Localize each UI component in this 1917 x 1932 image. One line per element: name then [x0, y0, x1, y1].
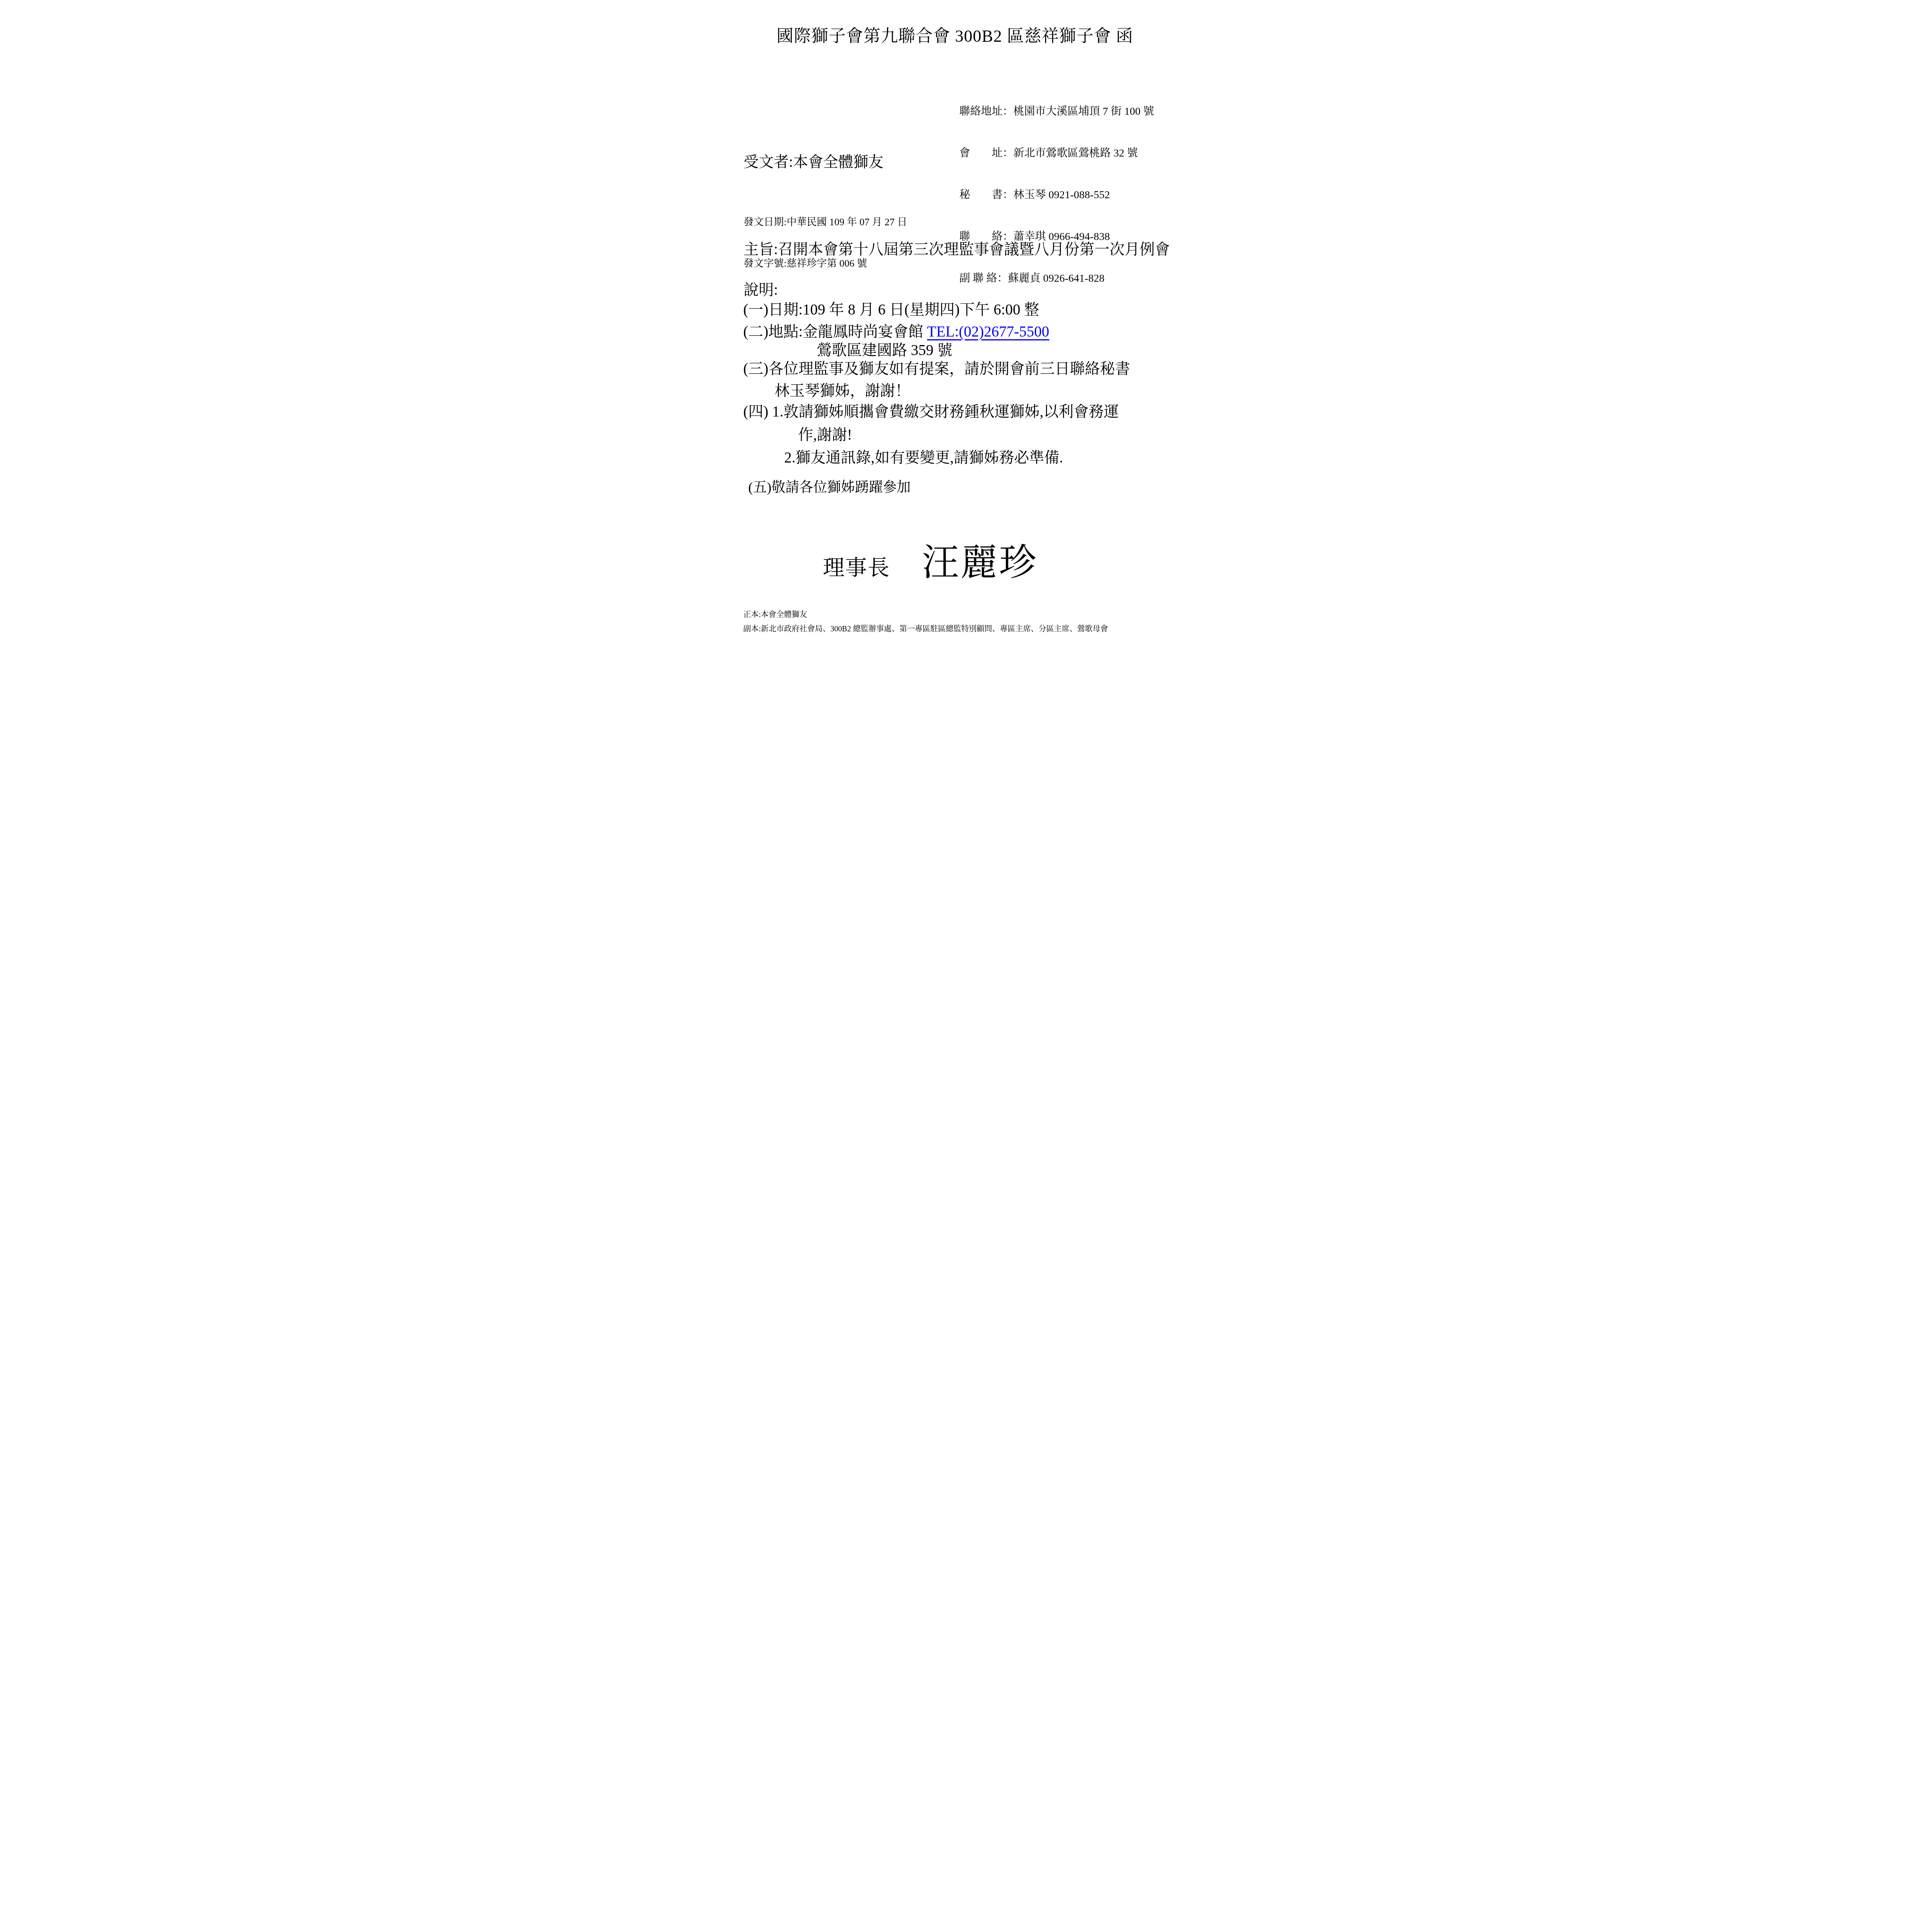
venue-text: (二)地點:金龍鳳時尚宴會館 — [743, 323, 927, 340]
explanation-item2-venue: (二)地點:金龍鳳時尚宴會館 TEL:(02)2677-5500 — [743, 323, 1049, 342]
secretary-line: 秘 書：林玉琴 0921-088-552 — [959, 188, 1154, 202]
footer-original-line: 正本:本會全體獅友 — [743, 610, 807, 620]
signature-name: 汪麗珍 — [922, 542, 1038, 583]
venue-phone-link[interactable]: TEL:(02)2677-5500 — [927, 323, 1049, 340]
recipient-line: 受文者:本會全體獅友 — [744, 153, 884, 172]
explanation-heading: 說明: — [744, 281, 778, 300]
contact-info-block: 聯絡地址：桃園市大溪區埔頂 7 街 100 號 會 址：新北市鶯歌區鶯桃路 32… — [959, 77, 1154, 313]
explanation-item4-sub2: 2.獅友通訊錄,如有要變更,請獅姊務必準備. — [784, 449, 1063, 468]
issue-date-line: 發文日期:中華民國 109 年 07 月 27 日 — [744, 214, 907, 230]
signature-role: 理事長 — [823, 556, 890, 580]
subject-line: 主旨:召開本會第十八屆第三次理監事會議暨八月份第一次月例會 — [744, 240, 1170, 259]
explanation-item4-sub1-line2: 作,謝謝! — [798, 426, 852, 445]
explanation-item3-line2: 林玉琴獅姊，謝謝！ — [775, 382, 910, 401]
explanation-item3-line1: (三)各位理監事及獅友如有提案，請於開會前三日聯絡秘書 — [743, 360, 1130, 379]
letter-document-page: 國際獅子會第九聯合會 300B2 區慈祥獅子會 函 聯絡地址：桃園市大溪區埔頂 … — [719, 0, 1198, 678]
deputy-liaison-line: 副 聯 絡：蘇麗貞 0926-641-828 — [959, 271, 1154, 286]
club-address-line: 會 址：新北市鶯歌區鶯桃路 32 號 — [959, 146, 1154, 161]
footer-copy-line: 副本:新北市政府社會局、300B2 總監辦事處、第一專區駐區總監特別顧問、專區主… — [743, 624, 1108, 634]
document-title: 國際獅子會第九聯合會 300B2 區慈祥獅子會 函 — [776, 26, 1133, 47]
contact-address-line: 聯絡地址：桃園市大溪區埔頂 7 街 100 號 — [959, 104, 1154, 119]
explanation-item1-date: (一)日期:109 年 8 月 6 日(星期四)下午 6:00 整 — [743, 301, 1039, 320]
explanation-item5: (五)敬請各位獅姊踴躍參加 — [748, 479, 911, 496]
signature-block: 理事長汪麗珍 — [823, 540, 1038, 585]
explanation-item2-address: 鶯歌區建國路 359 號 — [817, 341, 952, 360]
explanation-item4-sub1-line1: (四) 1.敦請獅姊順攜會費繳交財務鍾秋運獅姊,以利會務運 — [743, 403, 1119, 422]
